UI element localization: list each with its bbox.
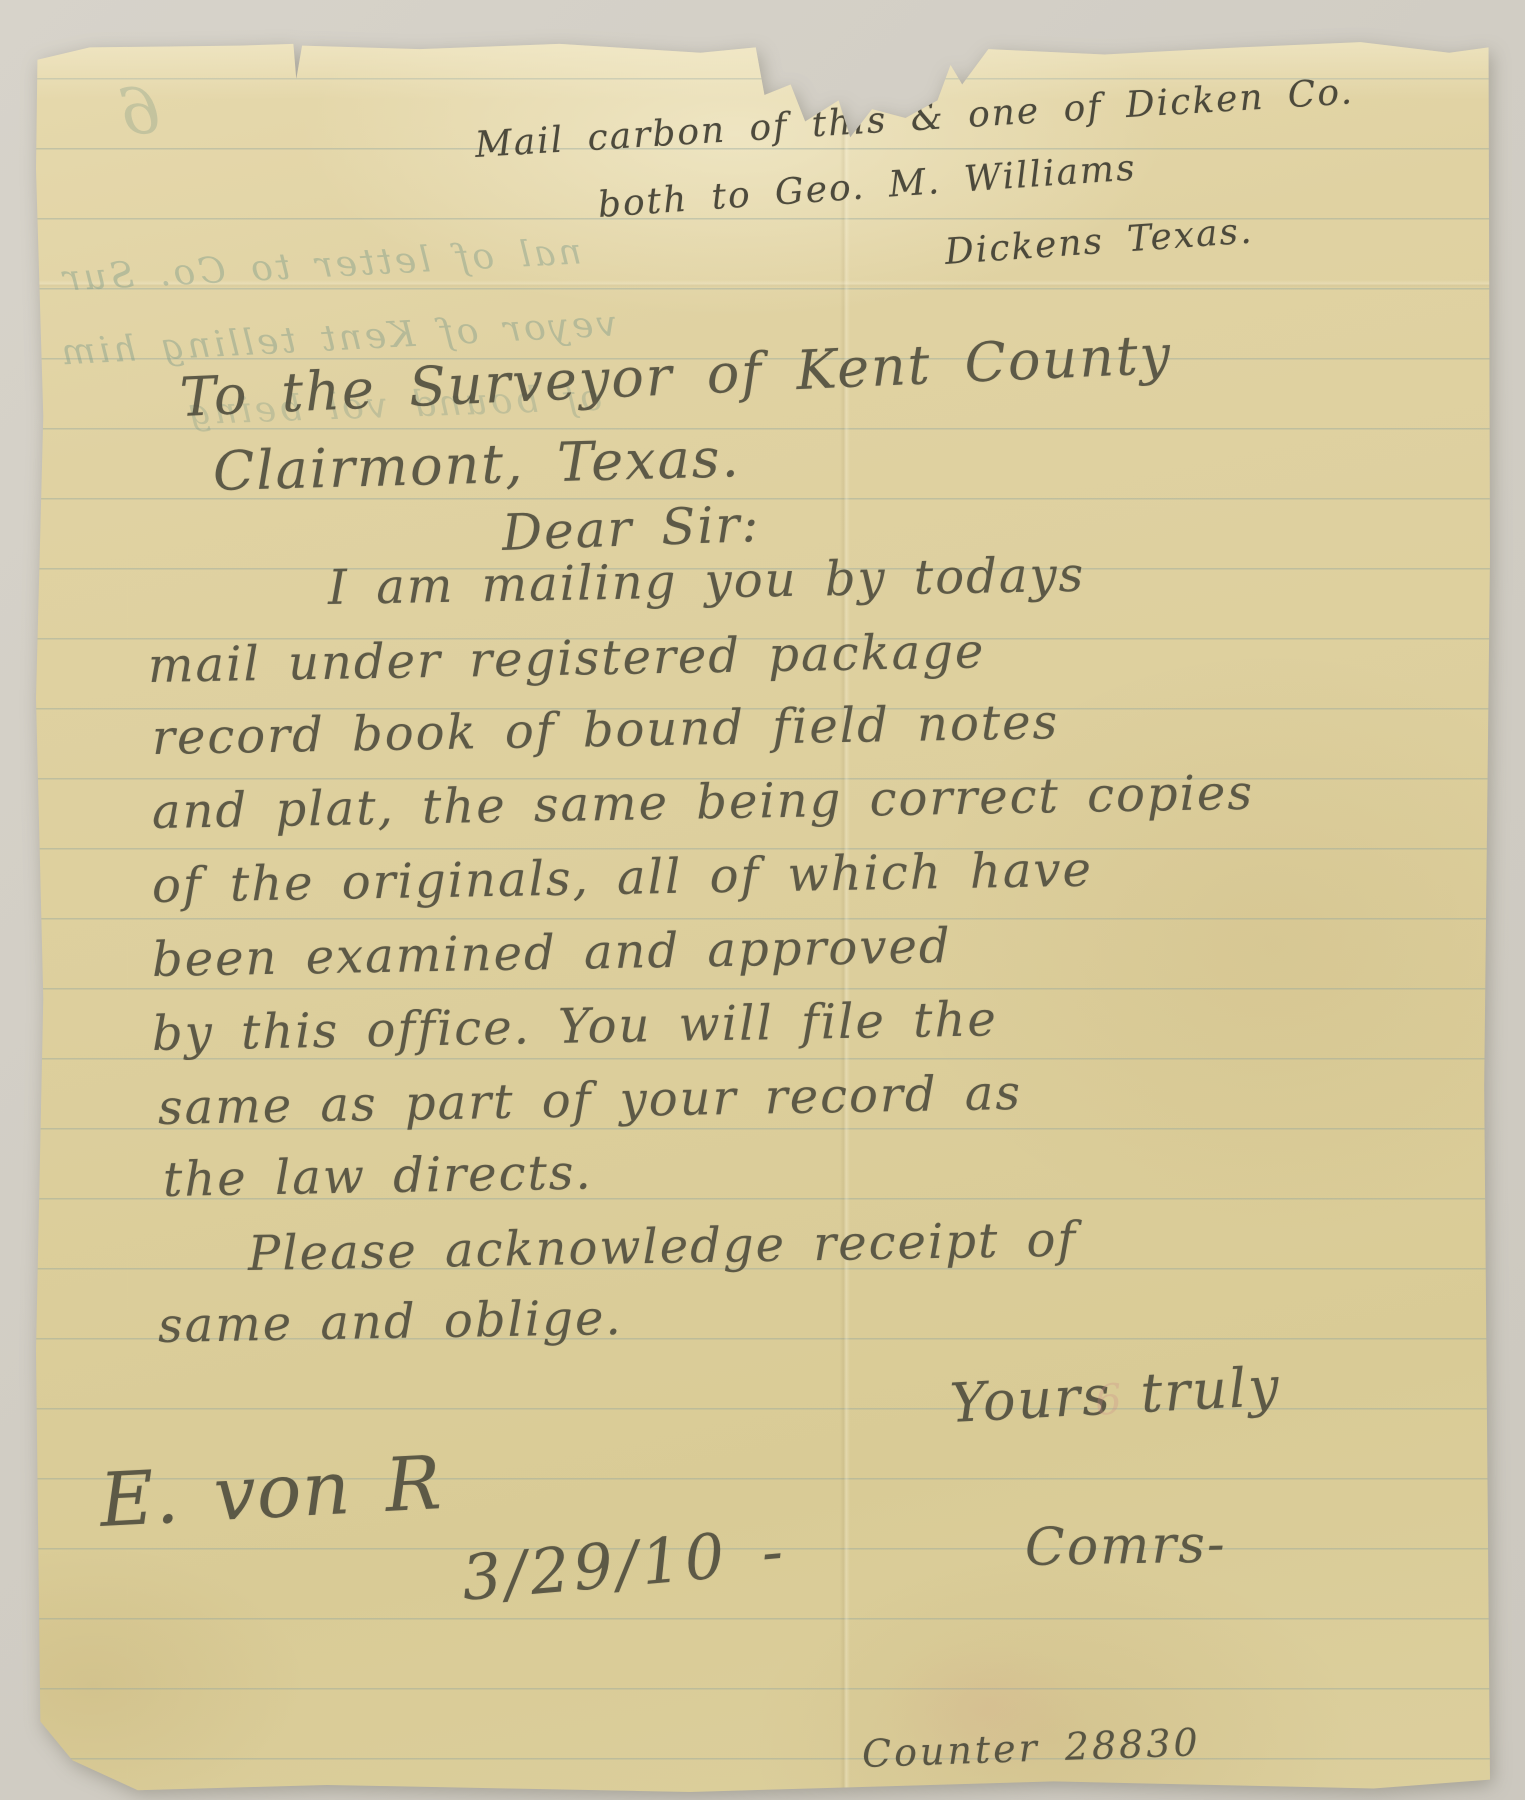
- scan-background: 6 nal of letter to Co. Sur veyor of Kent…: [0, 0, 1525, 1800]
- bleed-through-figure: 6: [114, 74, 163, 151]
- letter-signed-title: Comrs-: [1024, 1514, 1227, 1578]
- stamp-figure: 6: [1093, 1374, 1125, 1425]
- letter-paper: 6 nal of letter to Co. Sur veyor of Kent…: [36, 28, 1490, 1792]
- letter-body-line: the law directs.: [163, 1145, 594, 1208]
- vertical-fold-crease: [840, 28, 850, 1792]
- letter-salutation: Dear Sir:: [501, 495, 761, 562]
- signature: E. von R: [98, 1440, 444, 1544]
- letter-paper-wrap: 6 nal of letter to Co. Sur veyor of Kent…: [36, 28, 1490, 1792]
- letter-body-line: same and oblige.: [158, 1290, 624, 1354]
